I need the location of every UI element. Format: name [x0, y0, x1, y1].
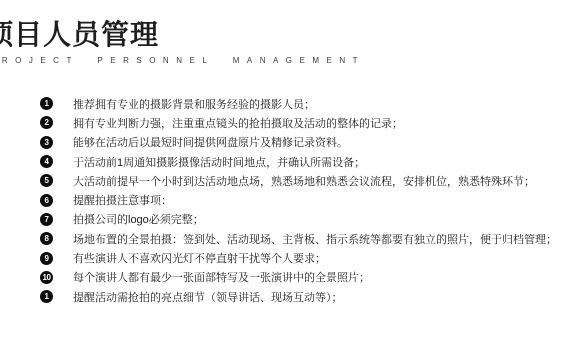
list-item: 8场地布置的全景拍摄：签到处、活动现场、主背板、指示系统等都要有独立的照片，便于…: [40, 229, 557, 248]
list-item: 10每个演讲人都有最少一张面部特写及一张演讲中的全景照片；: [40, 268, 557, 287]
item-number-badge: 6: [40, 194, 53, 207]
item-text: 大活动前提早一个小时到达活动地点场，熟悉场地和熟悉会议流程，安排机位，熟悉特殊环…: [73, 173, 535, 189]
list-item: 1提醒活动需抢拍的亮点细节（领导讲话、现场互动等）；: [40, 287, 557, 306]
item-text: 提醒活动需抢拍的亮点细节（领导讲话、现场互动等）；: [73, 289, 343, 305]
item-number-badge: 8: [40, 232, 53, 245]
item-number-badge: 1: [40, 290, 53, 303]
item-list: 1推荐拥有专业的摄影背景和服务经验的摄影人员；2拥有专业判断力强，注重重点镜头的…: [40, 94, 557, 306]
item-text: 有些演讲人不喜欢闪光灯不停直射干扰等个人要求；: [73, 250, 326, 266]
list-item: 3能够在活动后以最短时间提供网盘原片及精修记录资料。: [40, 133, 557, 152]
item-number-badge: 5: [40, 174, 53, 187]
list-item: 9有些演讲人不喜欢闪光灯不停直射干扰等个人要求；: [40, 248, 557, 267]
list-item: 1推荐拥有专业的摄影背景和服务经验的摄影人员；: [40, 94, 557, 113]
item-number-badge: 3: [40, 136, 53, 149]
item-number-badge: 2: [40, 116, 53, 129]
slide: 项目人员管理 PROJECT PERSONNEL MANAGEMENT 1推荐拥…: [0, 0, 570, 360]
item-number-badge: 1: [40, 97, 53, 110]
item-text: 提醒拍摄注意事项：: [73, 192, 172, 208]
item-text: 能够在活动后以最短时间提供网盘原片及精修记录资料。: [73, 134, 348, 150]
item-number-badge: 7: [40, 213, 53, 226]
item-text: 拥有专业判断力强，注重重点镜头的抢拍摄取及活动的整体的记录；: [73, 115, 403, 131]
item-text: 推荐拥有专业的摄影背景和服务经验的摄影人员；: [73, 96, 315, 112]
list-item: 7拍摄公司的logo必须完整；: [40, 210, 557, 229]
list-item: 5大活动前提早一个小时到达活动地点场，熟悉场地和熟悉会议流程，安排机位，熟悉特殊…: [40, 171, 557, 190]
page-title: 项目人员管理: [0, 13, 159, 53]
item-text: 于活动前1周通知摄影摄像活动时间地点，并确认所需设备；: [73, 154, 365, 170]
page-subtitle: PROJECT PERSONNEL MANAGEMENT: [0, 56, 365, 65]
item-text: 拍摄公司的logo必须完整；: [73, 211, 204, 227]
item-text: 每个演讲人都有最少一张面部特写及一张演讲中的全景照片；: [73, 269, 370, 285]
item-number-badge: 4: [40, 155, 53, 168]
item-text: 场地布置的全景拍摄：签到处、活动现场、主背板、指示系统等都要有独立的照片，便于归…: [73, 231, 557, 247]
item-number-badge: 9: [40, 252, 53, 265]
list-item: 6提醒拍摄注意事项：: [40, 190, 557, 209]
list-item: 2拥有专业判断力强，注重重点镜头的抢拍摄取及活动的整体的记录；: [40, 113, 557, 132]
item-number-badge: 10: [40, 271, 53, 284]
list-item: 4于活动前1周通知摄影摄像活动时间地点，并确认所需设备；: [40, 152, 557, 171]
